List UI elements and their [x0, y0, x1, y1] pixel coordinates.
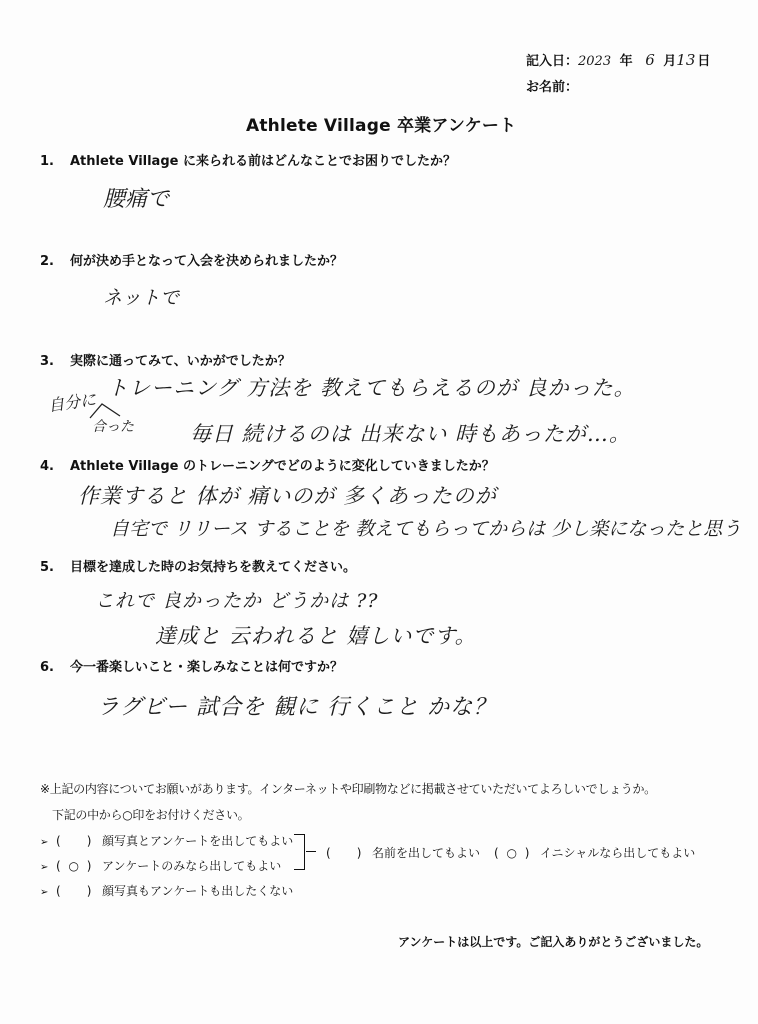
question-5: 5.目標を達成した時のお気持ちを教えてください。 [40, 556, 356, 575]
date-label: 記入日： [526, 54, 578, 69]
question-text: 目標を達成した時のお気持ちを教えてください。 [70, 560, 356, 575]
option-checkbox[interactable]: (○) [56, 859, 102, 873]
closing-message: アンケートは以上です。ご記入ありがとうございました。 [398, 933, 708, 950]
date-year[interactable]: 2023 [578, 54, 611, 69]
question-text: 今一番楽しいこと・楽しみなことは何ですか？ [70, 660, 343, 675]
question-text: Athlete Village に来られる前はどんなことでお困りでしたか？ [70, 154, 456, 169]
question-1: 1.Athlete Village に来られる前はどんなことでお困りでしたか？ [40, 150, 456, 169]
grouping-bracket [294, 834, 305, 870]
option-checkbox[interactable]: () [56, 884, 102, 898]
answer-5-line-1: これで 良かったか どうかは ?? [95, 586, 379, 613]
question-number: 4. [40, 459, 70, 474]
question-6: 6.今一番楽しいこと・楽しみなことは何ですか？ [40, 656, 343, 675]
answer-5-line-2: 達成と 云われると 嬉しいです。 [155, 620, 477, 650]
month-suffix: 月 [663, 54, 676, 69]
insertion-caret-icon [88, 400, 122, 420]
name-label: お名前： [526, 80, 578, 95]
question-text: 何が決め手となって入会を決められましたか？ [70, 254, 343, 269]
answer-6-line-1: ラグビー 試合を 観に 行くこと かな？ [97, 690, 496, 721]
consent-instruction: 下記の中から○印をお付けください。 [52, 806, 249, 823]
question-number: 2. [40, 254, 70, 269]
day-suffix: 日 [697, 54, 710, 69]
question-4: 4.Athlete Village のトレーニングでどのように変化していきました… [40, 455, 495, 474]
answer-3-line-2: 毎日 続けるのは 出来ない 時もあったが…。 [190, 418, 631, 448]
option-label: 名前を出してもよい [372, 846, 480, 860]
question-2: 2.何が決め手となって入会を決められましたか？ [40, 250, 343, 269]
date-day[interactable]: 13 [676, 51, 695, 69]
question-number: 6. [40, 660, 70, 675]
question-number: 1. [40, 154, 70, 169]
name-option-1[interactable]: ()名前を出してもよい [326, 844, 480, 861]
option-label: 顔写真とアンケートを出してもよい [102, 834, 293, 848]
consent-option-2[interactable]: ➢(○)アンケートのみなら出してもよい [40, 857, 281, 874]
question-3: 3.実際に通ってみて、いかがでしたか？ [40, 350, 291, 369]
question-text: Athlete Village のトレーニングでどのように変化していきましたか？ [70, 459, 495, 474]
year-suffix: 年 [620, 54, 633, 69]
date-field: 記入日：2023 年 6 月13日 [526, 50, 710, 69]
consent-option-3[interactable]: ➢()顔写真もアンケートも出したくない [40, 882, 293, 899]
consent-option-1[interactable]: ➢()顔写真とアンケートを出してもよい [40, 832, 293, 849]
answer-4-line-1: 作業すると 体が 痛いのが 多くあったのが [78, 480, 497, 510]
option-label: 顔写真もアンケートも出したくない [102, 884, 293, 898]
question-number: 3. [40, 354, 70, 369]
question-text: 実際に通ってみて、いかがでしたか？ [70, 354, 291, 369]
option-label: アンケートのみなら出してもよい [102, 859, 281, 873]
option-checkbox[interactable]: () [326, 846, 372, 860]
arrow-icon: ➢ [40, 887, 56, 898]
option-checkbox[interactable]: (○) [494, 846, 540, 860]
answer-1-line-1: 腰痛で [103, 182, 169, 213]
page-title: Athlete Village 卒業アンケート [246, 111, 516, 136]
arrow-icon: ➢ [40, 862, 56, 873]
answer-2-line-1: ネットで [103, 283, 179, 310]
answer-3-line-1: トレーニング 方法を 教えてもらえるのが 良かった。 [107, 372, 636, 402]
name-field: お名前： [526, 76, 578, 95]
name-option-2[interactable]: (○)イニシャルなら出してもよい [494, 844, 695, 861]
bracket-tick [306, 851, 316, 852]
question-number: 5. [40, 560, 70, 575]
option-label: イニシャルなら出してもよい [540, 846, 695, 860]
consent-notice: ※上記の内容についてお願いがあります。インターネットや印刷物などに掲載させていた… [40, 780, 656, 797]
arrow-icon: ➢ [40, 837, 56, 848]
answer-4-line-2: 自宅で リリース することを 教えてもらってからは 少し楽になったと思う [110, 514, 741, 541]
date-month[interactable]: 6 [645, 51, 655, 69]
option-checkbox[interactable]: () [56, 834, 102, 848]
